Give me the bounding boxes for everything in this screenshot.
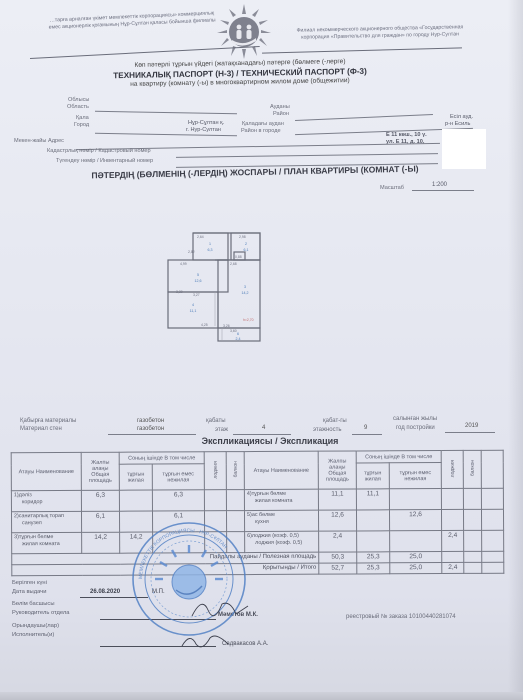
city-value-kz: Нұр-Сұлтан қ. [188, 120, 224, 127]
area-cell-living [357, 510, 390, 531]
svg-text:6,3: 6,3 [208, 248, 213, 252]
audany-label-kz: Ауданы [270, 104, 290, 111]
svg-text:h=2,70: h=2,70 [243, 318, 254, 322]
header-org-kz: …тарға арналған үкімет мемлекеттік корпо… [48, 10, 216, 30]
audany-field-line [295, 114, 433, 121]
room-name-cell: 1)дәлізкоридор [11, 490, 81, 511]
col-balcony-header-2: балкон [463, 450, 481, 488]
floor-label-kz: қабаты [206, 418, 226, 424]
col-name-header-2: Атауы Наименование [244, 451, 318, 489]
area-cell-loggia [204, 490, 226, 511]
table-row: 2)санитарлық торапсанузел6,16,15)ас бөлм… [11, 509, 503, 533]
svg-text:4,25: 4,25 [201, 323, 208, 327]
floor-line [233, 434, 291, 435]
area-cell-loggia [441, 488, 463, 509]
scale-field-line [412, 190, 474, 191]
area-cell-total: 2,4 [319, 531, 357, 552]
svg-text:3,26: 3,26 [223, 324, 230, 328]
floors-label-kz: қабат-гы [323, 418, 347, 424]
signature-executor [180, 628, 230, 654]
signature-head [190, 592, 250, 622]
col-living-header: тұрғын жилая [119, 464, 152, 490]
area-cell-balcony [464, 530, 482, 551]
floors-line [352, 434, 382, 435]
col-total-area-header-2: Жалпы алаңы Общая площадь [318, 451, 356, 489]
cadastral-label: Кадастрлық нөмір / Кадастровый номер [47, 148, 151, 155]
svg-text:3,60: 3,60 [230, 329, 237, 333]
col-living-header-2: тұрғын жилая [356, 463, 389, 489]
executor-label-kz: Орындаушы(лар) [12, 623, 59, 630]
oblast-field-line [95, 111, 237, 114]
svg-text:6,1: 6,1 [244, 248, 249, 252]
col-incl-header: Соның ішінде В том числе [119, 452, 204, 464]
room-name-cell: 6)лоджия (коэф. 0,5)лоджия (коэф. 0,5) [245, 531, 319, 552]
qala-label-ru: Город [74, 122, 89, 129]
scale-value: 1:200 [432, 182, 447, 189]
room-name-cell: 4)тұрғын бөлмежилая комната [244, 489, 318, 510]
svg-text:12,6: 12,6 [195, 279, 202, 283]
area-cell-non-living: 6,3 [152, 490, 204, 511]
floor-plan: 2,64 2,98 2,82 4,99 0,88 2,68 3,30 3,27 … [160, 230, 280, 342]
header-org-ru: Филиал некоммерческого акционерного обще… [290, 24, 470, 41]
area-cell-total: 14,2 [82, 532, 120, 553]
header-divider [262, 47, 462, 53]
inventory-label: Түгендеу нөмір / Инвентарный номер [56, 158, 153, 165]
issue-date-label-kz: Берілген күні [12, 580, 47, 587]
svg-text:2,98: 2,98 [239, 235, 246, 239]
floors-label-ru: этажность [313, 427, 342, 433]
city-value-ru: г. Нур-Султан [186, 127, 221, 134]
qala-label-kz: Қала [76, 115, 89, 122]
oblast-label-kz: Облысы [68, 97, 89, 104]
svg-text:3,27: 3,27 [193, 293, 200, 297]
head-label-kz: Бөлім басшысы [12, 601, 55, 608]
address-value-kz: Е 11 көш., 10 ү. [386, 132, 427, 139]
svg-text:1: 1 [209, 242, 211, 246]
city-district-label-ru: Район в городе [241, 128, 281, 135]
audany-label-ru: Район [273, 111, 289, 118]
city-district-label-kz: Қаладағы аудан [242, 121, 284, 128]
page-edge-shadow [508, 0, 523, 700]
technical-passport-document: …тарға арналған үкімет мемлекеттік корпо… [0, 0, 523, 700]
svg-text:3: 3 [244, 285, 246, 289]
area-cell-balcony [226, 490, 244, 511]
area-cell-total: 12,6 [319, 510, 357, 531]
floor-label-ru: этаж [215, 427, 228, 433]
col-balcony-header: балкон [226, 452, 244, 490]
floors-value: 9 [364, 425, 367, 431]
svg-text:11,1: 11,1 [190, 309, 197, 313]
cadastral-field-line [176, 153, 438, 158]
area-cell-living [119, 490, 152, 511]
area-cell-living [357, 531, 390, 552]
executor-label-ru: Исполнитель(и) [12, 632, 54, 639]
explication-table: Атауы Наименование Жалпы алаңы Общая пло… [11, 450, 505, 577]
col-loggia-header-2: лоджия [441, 450, 463, 488]
area-cell-total: 6,3 [81, 490, 119, 511]
city-district-value-ru: р-н Есиль [445, 121, 470, 128]
wall-material-label-kz: Қабырға материалы [20, 418, 76, 424]
wall-material-value-kz: газобетон [137, 418, 164, 424]
table-row: 3)тұрғын бөлмежилая комната14,214,26)лод… [12, 530, 504, 554]
area-cell-balcony [463, 488, 481, 509]
sun-family-logo-icon [215, 2, 273, 60]
scale-label: Масштаб [380, 185, 404, 192]
area-cell-total: 11,1 [318, 489, 356, 510]
oblast-label-ru: Область [67, 104, 89, 111]
issue-date-label-ru: Дата выдачи [12, 589, 46, 596]
wall-material-value-ru: газобетон [137, 426, 164, 432]
area-cell-non-living [390, 531, 442, 552]
year-label-ru: год постройки [396, 425, 435, 431]
issue-date-value: 26.08.2020 [90, 589, 120, 595]
city-district-value-kz: Есіл ауд. [450, 114, 473, 121]
area-cell-loggia: 2,4 [442, 530, 464, 551]
area-cell-loggia [442, 509, 464, 530]
year-value: 2019 [465, 423, 478, 429]
svg-text:4: 4 [192, 303, 194, 307]
svg-text:2,82: 2,82 [188, 250, 195, 254]
area-cell-balcony [464, 509, 482, 530]
area-cell-living: 11,1 [356, 489, 389, 510]
year-label-kz: салынған жылы [393, 416, 437, 422]
col-non-living-header-2: тұрғын емес нежилая [389, 463, 441, 489]
svg-text:2: 2 [245, 242, 247, 246]
room-name-cell: 2)санитарлық торапсанузел [11, 511, 81, 532]
svg-text:2,68: 2,68 [230, 262, 237, 266]
svg-text:2,4: 2,4 [236, 337, 241, 341]
col-extra [481, 450, 503, 488]
area-cell-non-living: 12,6 [390, 510, 442, 531]
svg-text:4,99: 4,99 [180, 262, 187, 266]
wall-material-label-ru: Материал стен [20, 426, 62, 432]
room-name-cell: 3)тұрғын бөлмежилая комната [12, 532, 82, 553]
floor-value: 4 [262, 425, 265, 431]
svg-text:2,64: 2,64 [197, 235, 204, 239]
head-label-ru: Руководитель отдела [12, 610, 70, 617]
col-incl-header-2: Соның ішінде В том числе [356, 451, 441, 463]
total-row: Қорытынды / Итого 52,7 25,3 25,0 2,4 [12, 562, 504, 576]
svg-text:0,88: 0,88 [235, 255, 242, 259]
explication-title: Экспликациясы / Экспликация [170, 436, 370, 446]
area-cell-total: 6,1 [81, 511, 119, 532]
col-non-living-header: тұрғын емес нежилая [152, 464, 204, 490]
svg-text:6: 6 [237, 332, 239, 336]
table-row: 1)дәлізкоридор6,36,34)тұрғын бөлмежилая … [11, 488, 503, 512]
svg-text:14,2: 14,2 [242, 291, 249, 295]
col-total-area-header: Жалпы алаңы Общая площадь [81, 452, 119, 490]
page-bottom-edge [0, 692, 523, 700]
area-cell-non-living [389, 489, 441, 510]
svg-text:5: 5 [197, 273, 199, 277]
svg-text:3,30: 3,30 [176, 290, 183, 294]
wall-material-line [108, 434, 196, 435]
year-line [445, 432, 495, 433]
address-label: Мекен-жайы Адрес [14, 138, 64, 145]
registry-number: реестровый № заказа 10100440281074 [346, 614, 456, 620]
room-name-cell: 5)ас бөлмекухня [245, 510, 319, 531]
col-loggia-header: лоджия [204, 452, 226, 490]
col-name-header: Атауы Наименование [11, 452, 81, 490]
